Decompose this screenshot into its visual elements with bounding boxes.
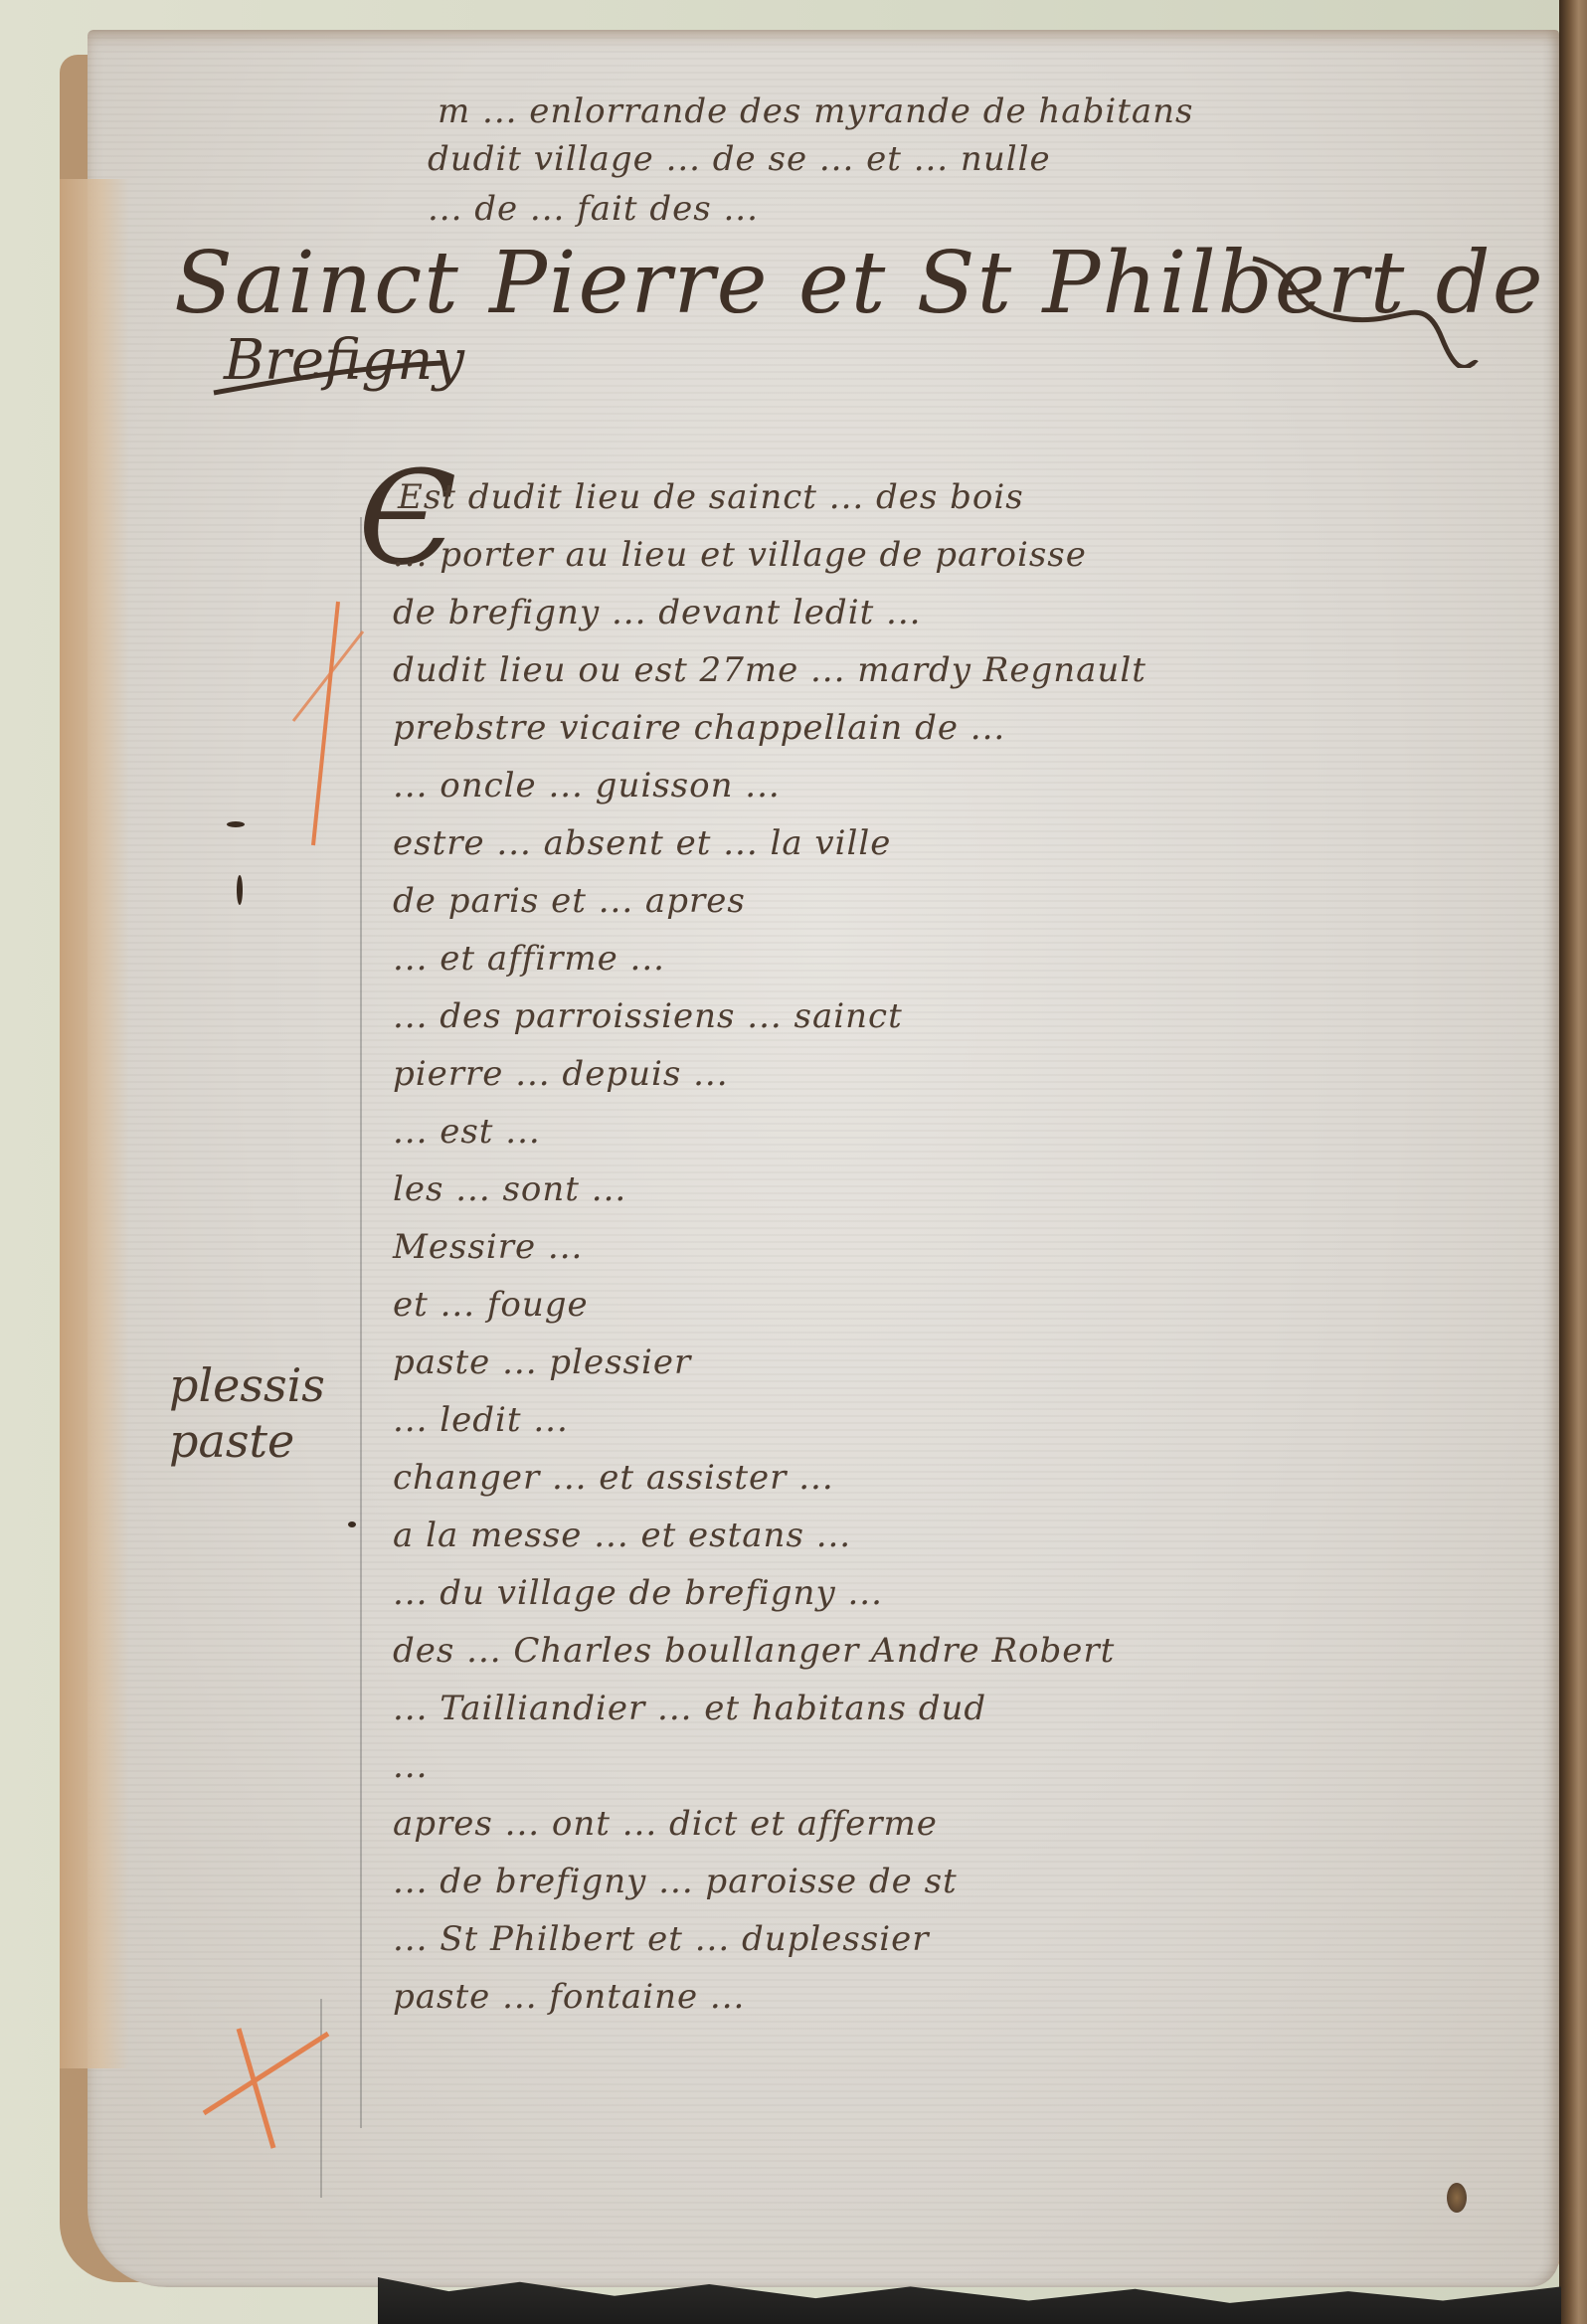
body-line-6: ... oncle ... guisson ...: [393, 766, 781, 805]
body-line-21: des ... Charles boullanger Andre Robert: [393, 1631, 1115, 1671]
paper-hole: [1447, 2183, 1467, 2213]
body-line-15: et ... fouge: [393, 1285, 589, 1325]
body-line-1: Est dudit lieu de sainct ... des bois: [398, 477, 1024, 517]
body-line-19: a la messe ... et estans ...: [393, 1516, 851, 1555]
ink-mark: [237, 875, 243, 905]
body-line-12: ... est ...: [393, 1112, 541, 1152]
top-line-2: dudit village ... de se ... et ... nulle: [428, 139, 1051, 179]
body-line-7: estre ... absent et ... la ville: [393, 823, 891, 863]
margin-annotation-line1: plessis: [169, 1357, 325, 1413]
body-line-2: ... porter au lieu et village de paroiss…: [393, 535, 1087, 575]
body-line-22: ... Tailliandier ... et habitans dud: [393, 1689, 986, 1728]
body-line-5: prebstre vicaire chappellain de ...: [393, 708, 1005, 748]
ink-mark: [348, 1521, 356, 1527]
body-line-13: les ... sont ...: [393, 1169, 626, 1209]
body-line-17: ... ledit ...: [393, 1400, 569, 1440]
body-line-3: de brefigny ... devant ledit ...: [393, 593, 921, 632]
orange-x-mark-icon: [189, 2019, 338, 2158]
body-line-26: ... St Philbert et ... duplessier: [393, 1919, 930, 1959]
margin-annotation-line2: paste: [169, 1413, 325, 1469]
top-line-1: m ... enlorrande des myrande de habitans: [438, 91, 1194, 131]
body-line-23: ...: [393, 1746, 428, 1786]
top-line-3: ... de ... fait des ...: [428, 189, 759, 229]
body-line-24: apres ... ont ... dict et afferme: [393, 1804, 938, 1844]
body-line-18: changer ... et assister ...: [393, 1458, 834, 1498]
body-line-11: pierre ... depuis ...: [393, 1054, 729, 1094]
ink-mark: [227, 821, 245, 827]
body-line-14: Messire ...: [393, 1227, 583, 1267]
body-line-10: ... des parroissiens ... sainct: [393, 996, 903, 1036]
heading-underline-icon: [209, 358, 447, 398]
body-line-8: de paris et ... apres: [393, 881, 746, 921]
stained-page-edge: [60, 179, 129, 2068]
body-line-25: ... de brefigny ... paroisse de st: [393, 1862, 958, 1901]
orange-cross-mark-icon: [283, 597, 373, 865]
margin-annotation: plessis paste: [169, 1357, 325, 1469]
body-line-4: dudit lieu ou est 27me ... mardy Regnaul…: [393, 650, 1146, 690]
body-line-27: paste ... fontaine ...: [393, 1977, 745, 2017]
body-line-9: ... et affirme ...: [393, 939, 665, 979]
book-binding: [1559, 0, 1587, 2324]
body-line-16: paste ... plessier: [393, 1342, 691, 1382]
body-line-20: ... du village de brefigny ...: [393, 1573, 883, 1613]
heading-flourish-icon: [1243, 249, 1482, 368]
